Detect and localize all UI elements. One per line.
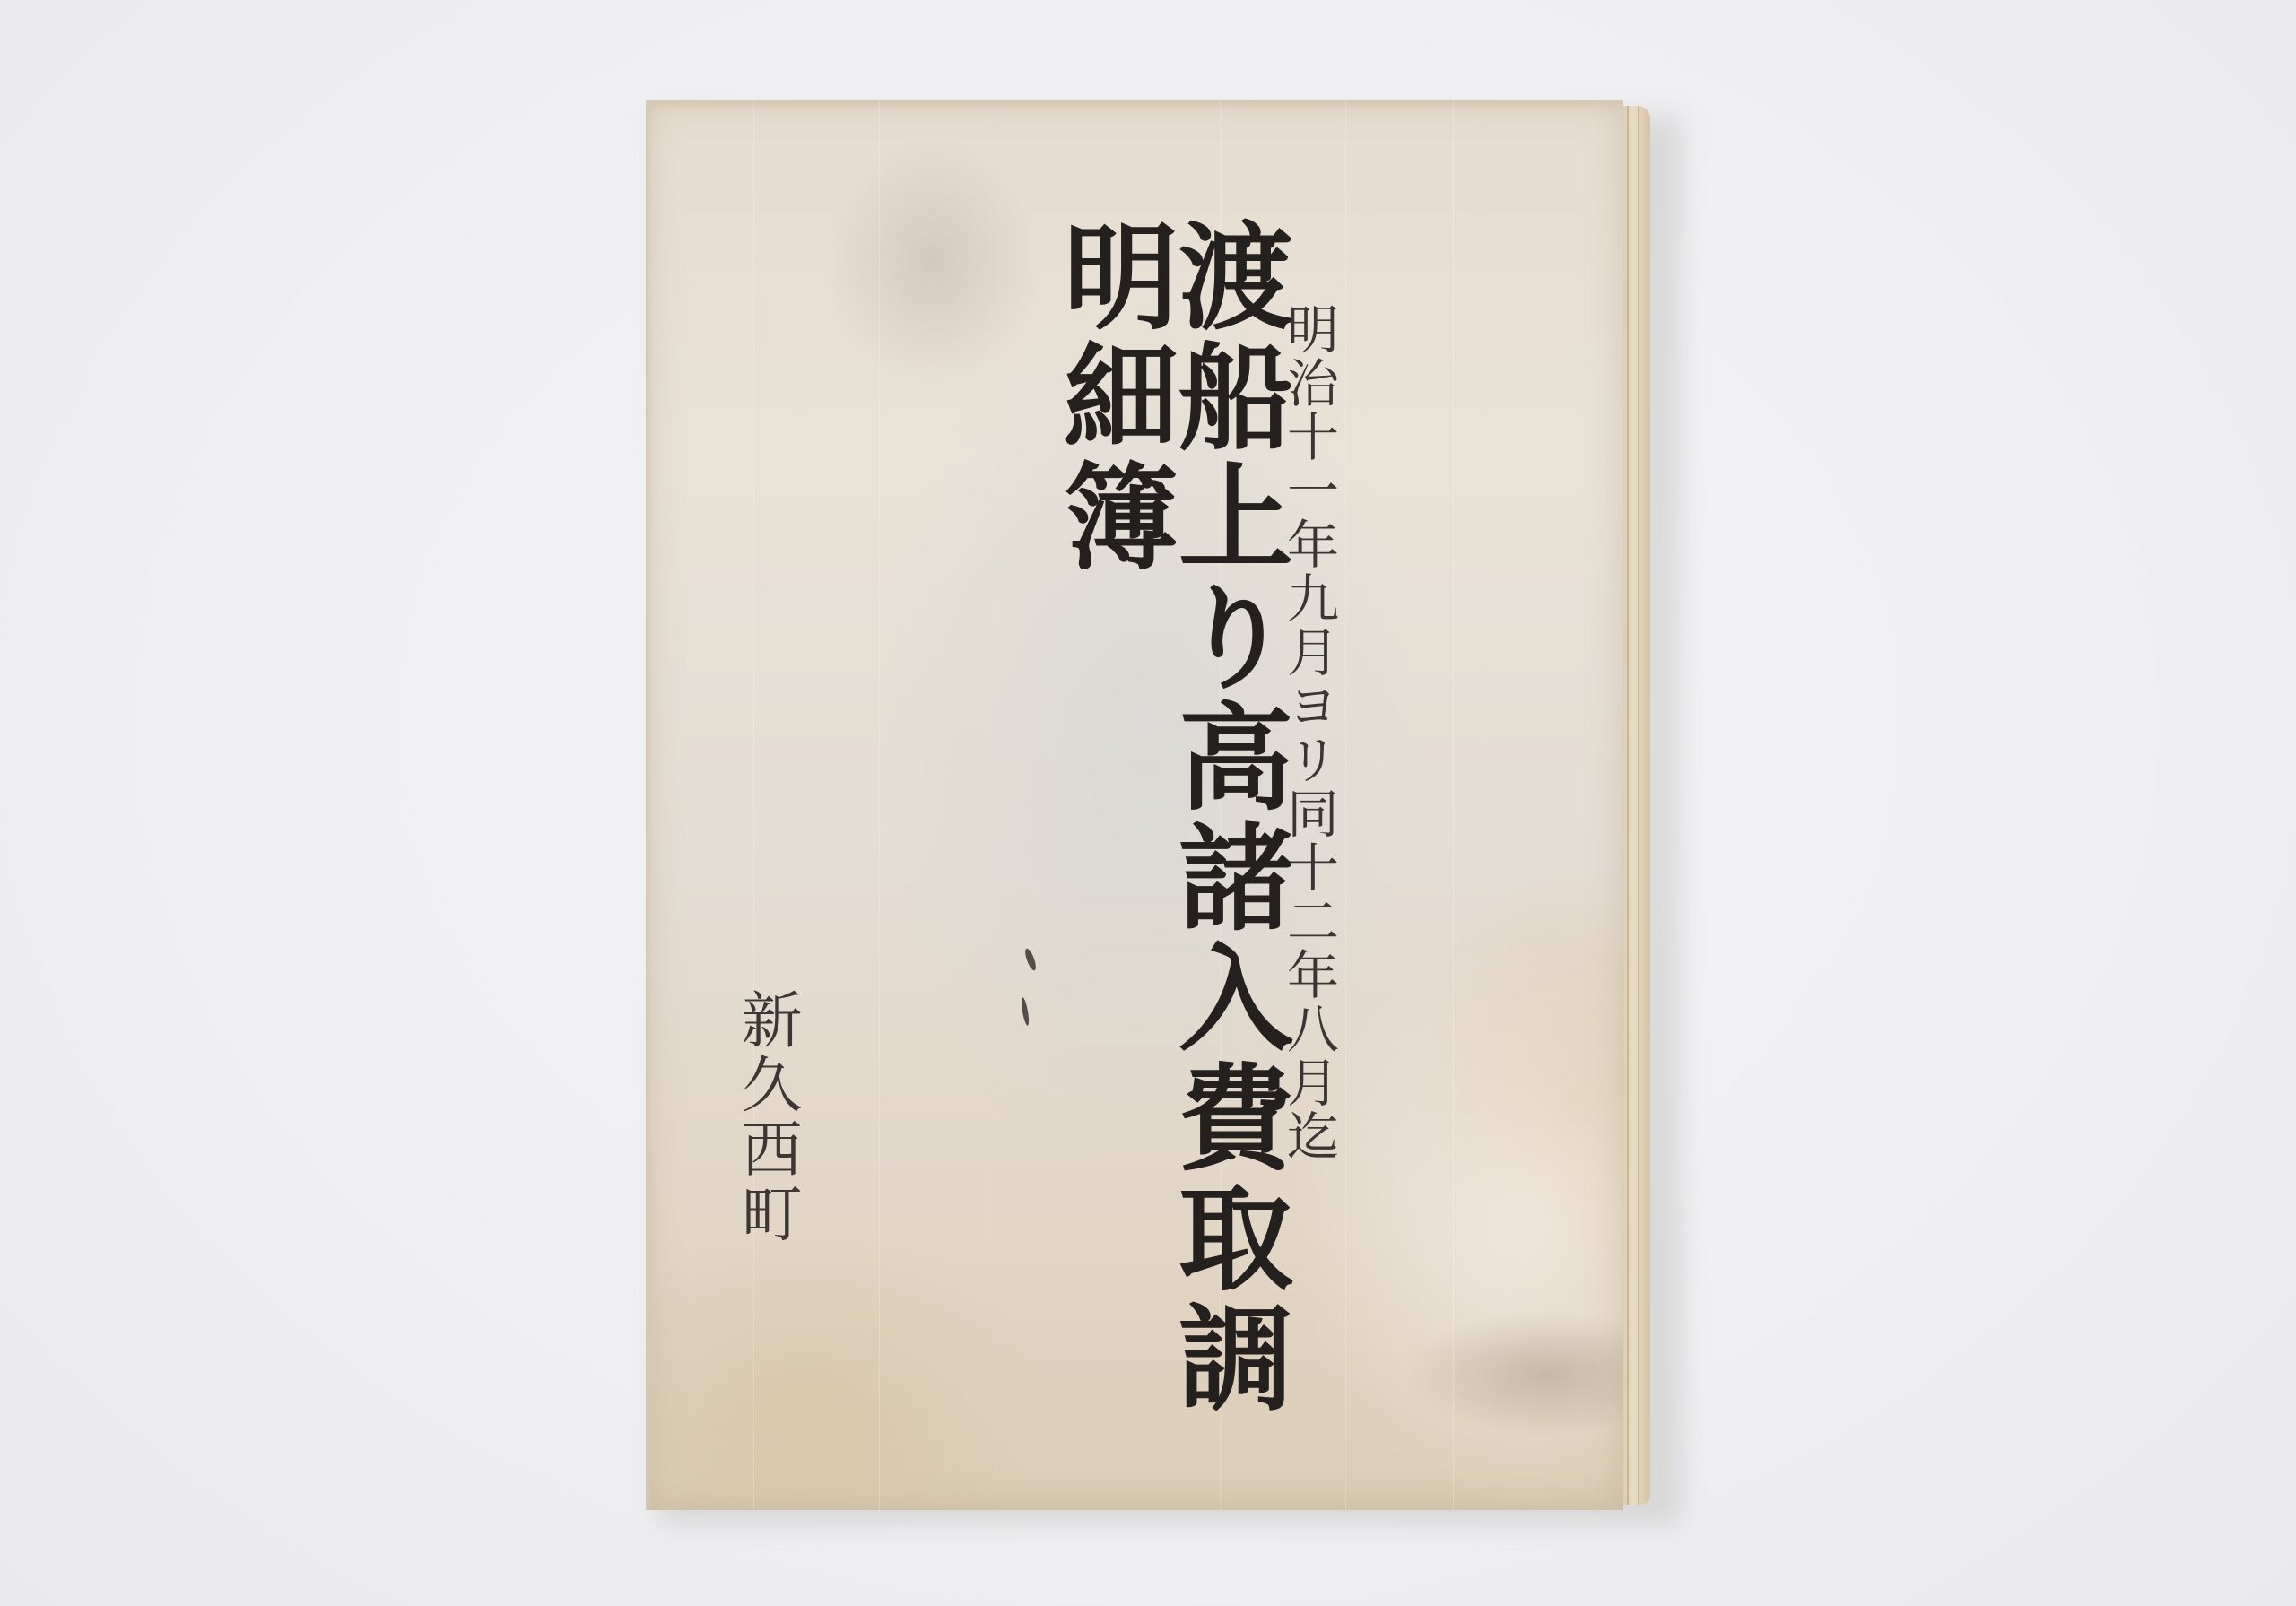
paper-fiber — [753, 100, 754, 1510]
town-signature: 新久西町 — [735, 988, 796, 1246]
paper-fiber — [879, 100, 880, 1510]
cover-left-edge — [646, 100, 653, 1510]
document-title: 渡船上り高諸入費取調明細簿 — [1054, 217, 1283, 1510]
paper-fiber — [1453, 100, 1454, 1510]
ink-stroke-mark — [1023, 947, 1038, 971]
paper-fiber — [996, 100, 996, 1510]
ink-stroke-mark — [1020, 997, 1030, 1027]
cover-top-edge — [646, 100, 1623, 109]
page-edge-line — [1638, 106, 1639, 1505]
page-edge-line — [1627, 106, 1629, 1505]
booklet-cover: 明治十一年九月ヨリ同十二年八月迄 渡船上り高諸入費取調明細簿 新久西町 — [646, 100, 1623, 1510]
photo-stage: 明治十一年九月ヨリ同十二年八月迄 渡船上り高諸入費取調明細簿 新久西町 — [0, 0, 2296, 1606]
paper-fiber — [1345, 100, 1346, 1510]
